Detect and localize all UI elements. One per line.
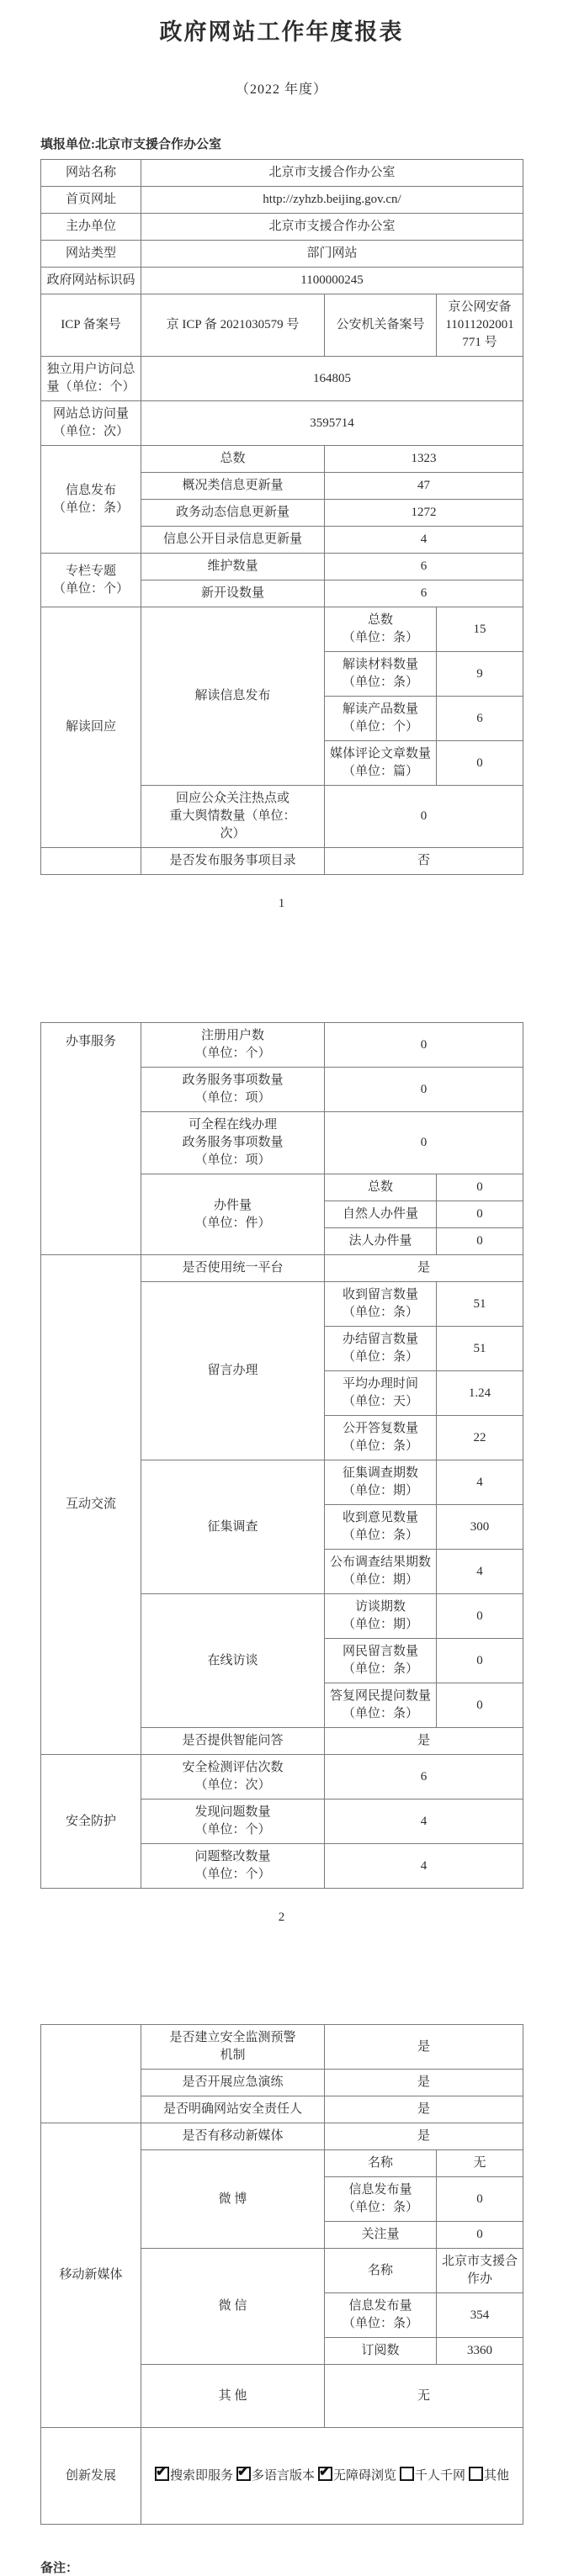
table-row: 解读回应 解读信息发布 总数 （单位：条） 15	[41, 607, 523, 652]
row-value-cell: 0	[437, 1228, 523, 1255]
checkbox-accessibility	[318, 2467, 332, 2481]
site-name-value: 北京市支援合作办公室	[141, 160, 523, 187]
table-row: 网站类型 部门网站	[41, 241, 523, 268]
page-break	[40, 1925, 523, 2024]
row-value-cell: 4	[437, 1550, 523, 1594]
row-value-cell: 是	[325, 2025, 523, 2070]
info-publish-group-label: 信息发布 （单位：条）	[41, 446, 141, 554]
row-label-cell: 名称	[325, 2150, 437, 2177]
row-label-cell: 征集调查期数 （单位：期）	[325, 1460, 437, 1505]
smart-qa-value: 是	[325, 1728, 523, 1755]
checkbox-other	[469, 2467, 483, 2481]
row-value-cell: 6	[325, 580, 523, 607]
unified-platform-value: 是	[325, 1255, 523, 1282]
table-row: 信息发布 （单位：条） 总数 1323	[41, 446, 523, 473]
row-label-cell: 信息发布量 （单位：条）	[325, 2177, 437, 2222]
table-row: 首页网址 http://zyhzb.beijing.gov.cn/	[41, 187, 523, 214]
table-row: 是否建立安全监测预警 机制 是	[41, 2025, 523, 2070]
row-value-cell: 0	[325, 1023, 523, 1068]
row-value-cell: 0	[437, 741, 523, 786]
page3-table: 是否建立安全监测预警 机制 是 是否开展应急演练 是 是否明确网站安全责任人 是…	[40, 2024, 523, 2525]
row-label-cell: 政务动态信息更新量	[141, 500, 325, 527]
other-media-value: 无	[325, 2365, 523, 2428]
page-title: 政府网站工作年度报表	[40, 13, 523, 46]
page1-table: 网站名称 北京市支援合作办公室 首页网址 http://zyhzb.beijin…	[40, 159, 523, 875]
table-row: 网站总访问量 （单位：次） 3595714	[41, 401, 523, 446]
icp-label: ICP 备案号	[41, 294, 141, 357]
row-value-cell: 0	[437, 1683, 523, 1728]
organizer-label: 主办单位	[41, 214, 141, 241]
row-label-cell: 解读材料数量 （单位：条）	[325, 652, 437, 697]
row-label-cell: 法人办件量	[325, 1228, 437, 1255]
total-visits-label: 网站总访问量 （单位：次）	[41, 401, 141, 446]
row-value-cell: 0	[437, 2222, 523, 2249]
empty-group-cell	[41, 848, 141, 875]
row-value-cell: 0	[437, 1639, 523, 1683]
row-value-cell: 0	[437, 1594, 523, 1639]
row-value-cell: 4	[325, 1799, 523, 1844]
row-label-cell: 总数	[141, 446, 325, 473]
row-value-cell: 9	[437, 652, 523, 697]
row-value-cell: 1272	[325, 500, 523, 527]
hotspot-response-label: 回应公众关注热点或 重大舆情数量（单位： 次）	[141, 786, 325, 848]
row-label-cell: 访谈期数 （单位：期）	[325, 1594, 437, 1639]
row-label-cell: 是否开展应急演练	[141, 2070, 325, 2096]
table-row: 专栏专题 （单位：个） 维护数量 6	[41, 554, 523, 580]
row-label-cell: 订阅数	[325, 2338, 437, 2365]
row-label-cell: 收到意见数量 （单位：条）	[325, 1505, 437, 1550]
row-value-cell: 6	[325, 1755, 523, 1799]
row-value-cell: 0	[325, 1112, 523, 1174]
icp-value: 京 ICP 备 2021030579 号	[141, 294, 325, 357]
row-value-cell: 北京市支援合 作办	[437, 2249, 523, 2293]
row-label-cell: 信息公开目录信息更新量	[141, 527, 325, 554]
document-sheet: 政府网站工作年度报表 （2022 年度） 填报单位:北京市支援合作办公室 网站名…	[40, 13, 523, 2576]
unique-visitors-label: 独立用户访问总 量（单位：个）	[41, 357, 141, 401]
row-label-cell: 网民留言数量 （单位：条）	[325, 1639, 437, 1683]
service-group-label: 办事服务	[41, 1023, 141, 1255]
row-value-cell: 是	[325, 2070, 523, 2096]
row-label-cell: 总数 （单位：条）	[325, 607, 437, 652]
row-label-cell: 解读产品数量 （单位：个）	[325, 697, 437, 741]
table-row: 主办单位 北京市支援合作办公室	[41, 214, 523, 241]
row-label-cell: 可全程在线办理 政务服务事项数量 （单位：项）	[141, 1112, 325, 1174]
message-handling-group-label: 留言办理	[141, 1282, 325, 1460]
unified-platform-label: 是否使用统一平台	[141, 1255, 325, 1282]
checkbox-label: 无障碍浏览	[333, 2469, 396, 2483]
has-new-media-value: 是	[325, 2123, 523, 2150]
row-value-cell: 0	[437, 2177, 523, 2222]
innovation-group-label: 创新发展	[41, 2428, 141, 2525]
checkbox-multilingual	[236, 2467, 251, 2481]
weibo-group-label: 微 博	[141, 2150, 325, 2249]
page2-table: 办事服务 注册用户数 （单位：个） 0 政务服务事项数量 （单位：项） 0 可全…	[40, 1022, 523, 1889]
innovation-options-cell: 搜索即服务多语言版本无障碍浏览千人千网其他	[141, 2428, 523, 2525]
interview-group-label: 在线访谈	[141, 1594, 325, 1728]
report-year-subtitle: （2022 年度）	[40, 78, 523, 98]
table-row: 网站名称 北京市支援合作办公室	[41, 160, 523, 187]
case-volume-group-label: 办件量 （单位：件）	[141, 1174, 325, 1255]
table-row: 安全防护 安全检测评估次数 （单位：次） 6	[41, 1755, 523, 1799]
table-row: 创新发展 搜索即服务多语言版本无障碍浏览千人千网其他	[41, 2428, 523, 2525]
row-value-cell: 51	[437, 1282, 523, 1327]
row-label-cell: 名称	[325, 2249, 437, 2293]
page-number-1: 1	[40, 897, 523, 911]
site-code-value: 1100000245	[141, 268, 523, 294]
home-url-value: http://zyhzb.beijing.gov.cn/	[141, 187, 523, 214]
row-label-cell: 答复网民提问数量 （单位：条）	[325, 1683, 437, 1728]
row-label-cell: 公开答复数量 （单位：条）	[325, 1416, 437, 1460]
site-code-label: 政府网站标识码	[41, 268, 141, 294]
row-label-cell: 安全检测评估次数 （单位：次）	[141, 1755, 325, 1799]
row-label-cell: 是否建立安全监测预警 机制	[141, 2025, 325, 2070]
page-number-2: 2	[40, 1911, 523, 1925]
checkbox-label: 其他	[484, 2469, 509, 2483]
row-value-cell: 无	[437, 2150, 523, 2177]
row-value-cell: 47	[325, 473, 523, 500]
other-media-label: 其 他	[141, 2365, 325, 2428]
row-label-cell: 办结留言数量 （单位：条）	[325, 1327, 437, 1371]
row-label-cell: 关注量	[325, 2222, 437, 2249]
interpretation-group-label: 解读回应	[41, 607, 141, 848]
service-dir-value: 否	[325, 848, 523, 875]
report-document: { "doc": { "title": "政府网站工作年度报表", "subti…	[0, 13, 563, 2576]
row-value-cell: 0	[437, 1201, 523, 1228]
interpretation-publish-label: 解读信息发布	[141, 607, 325, 786]
checkbox-label: 千人千网	[415, 2469, 465, 2483]
row-value-cell: 22	[437, 1416, 523, 1460]
checkbox-search-as-service	[155, 2467, 169, 2481]
row-label-cell: 收到留言数量 （单位：条）	[325, 1282, 437, 1327]
empty-group-cell	[41, 2025, 141, 2123]
row-label-cell: 问题整改数量 （单位：个）	[141, 1844, 325, 1889]
row-label-cell: 注册用户数 （单位：个）	[141, 1023, 325, 1068]
interaction-group-label: 互动交流	[41, 1255, 141, 1755]
service-dir-label: 是否发布服务事项目录	[141, 848, 325, 875]
row-label-cell: 自然人办件量	[325, 1201, 437, 1228]
row-label-cell: 政务服务事项数量 （单位：项）	[141, 1068, 325, 1112]
row-value-cell: 354	[437, 2293, 523, 2338]
columns-topics-group-label: 专栏专题 （单位：个）	[41, 554, 141, 607]
row-label-cell: 新开设数量	[141, 580, 325, 607]
row-value-cell: 6	[437, 697, 523, 741]
row-value-cell: 300	[437, 1505, 523, 1550]
table-row: 互动交流 是否使用统一平台 是	[41, 1255, 523, 1282]
row-label-cell: 公布调查结果期数 （单位：期）	[325, 1550, 437, 1594]
row-value-cell: 1323	[325, 446, 523, 473]
unique-visitors-value: 164805	[141, 357, 523, 401]
reporting-unit-line: 填报单位:北京市支援合作办公室	[40, 135, 523, 152]
security-group-label: 安全防护	[41, 1755, 141, 1889]
police-record-value: 京公网安备 11011202001 771 号	[437, 294, 523, 357]
row-value-cell: 4	[325, 527, 523, 554]
table-row: 独立用户访问总 量（单位：个） 164805	[41, 357, 523, 401]
total-visits-value: 3595714	[141, 401, 523, 446]
new-media-group-label: 移动新媒体	[41, 2123, 141, 2428]
organizer-value: 北京市支援合作办公室	[141, 214, 523, 241]
has-new-media-label: 是否有移动新媒体	[141, 2123, 325, 2150]
row-label-cell: 总数	[325, 1174, 437, 1201]
table-row: 办事服务 注册用户数 （单位：个） 0	[41, 1023, 523, 1068]
smart-qa-label: 是否提供智能问答	[141, 1728, 325, 1755]
wechat-group-label: 微 信	[141, 2249, 325, 2365]
table-row: ICP 备案号 京 ICP 备 2021030579 号 公安机关备案号 京公网…	[41, 294, 523, 357]
row-label-cell: 发现问题数量 （单位：个）	[141, 1799, 325, 1844]
row-value-cell: 4	[325, 1844, 523, 1889]
row-value-cell: 1.24	[437, 1371, 523, 1416]
row-label-cell: 信息发布量 （单位：条）	[325, 2293, 437, 2338]
row-value-cell: 0	[325, 1068, 523, 1112]
site-name-label: 网站名称	[41, 160, 141, 187]
site-type-label: 网站类型	[41, 241, 141, 268]
checkbox-personalized	[400, 2467, 414, 2481]
site-type-value: 部门网站	[141, 241, 523, 268]
hotspot-response-value: 0	[325, 786, 523, 848]
row-value-cell: 4	[437, 1460, 523, 1505]
police-record-label: 公安机关备案号	[325, 294, 437, 357]
notes-label: 备注：	[40, 2558, 523, 2576]
row-label-cell: 是否明确网站安全责任人	[141, 2096, 325, 2123]
table-row: 是否发布服务事项目录 否	[41, 848, 523, 875]
home-url-label: 首页网址	[41, 187, 141, 214]
row-value-cell: 6	[325, 554, 523, 580]
row-label-cell: 维护数量	[141, 554, 325, 580]
survey-group-label: 征集调查	[141, 1460, 325, 1594]
row-value-cell: 51	[437, 1327, 523, 1371]
row-label-cell: 媒体评论文章数量 （单位：篇）	[325, 741, 437, 786]
table-row: 移动新媒体 是否有移动新媒体 是	[41, 2123, 523, 2150]
row-value-cell: 15	[437, 607, 523, 652]
checkbox-label: 多语言版本	[252, 2469, 315, 2483]
row-value-cell: 0	[437, 1174, 523, 1201]
page-break	[40, 911, 523, 1022]
row-value-cell: 3360	[437, 2338, 523, 2365]
row-label-cell: 平均办理时间 （单位：天）	[325, 1371, 437, 1416]
table-row: 政府网站标识码 1100000245	[41, 268, 523, 294]
row-label-cell: 概况类信息更新量	[141, 473, 325, 500]
checkbox-label: 搜索即服务	[170, 2469, 233, 2483]
row-value-cell: 是	[325, 2096, 523, 2123]
